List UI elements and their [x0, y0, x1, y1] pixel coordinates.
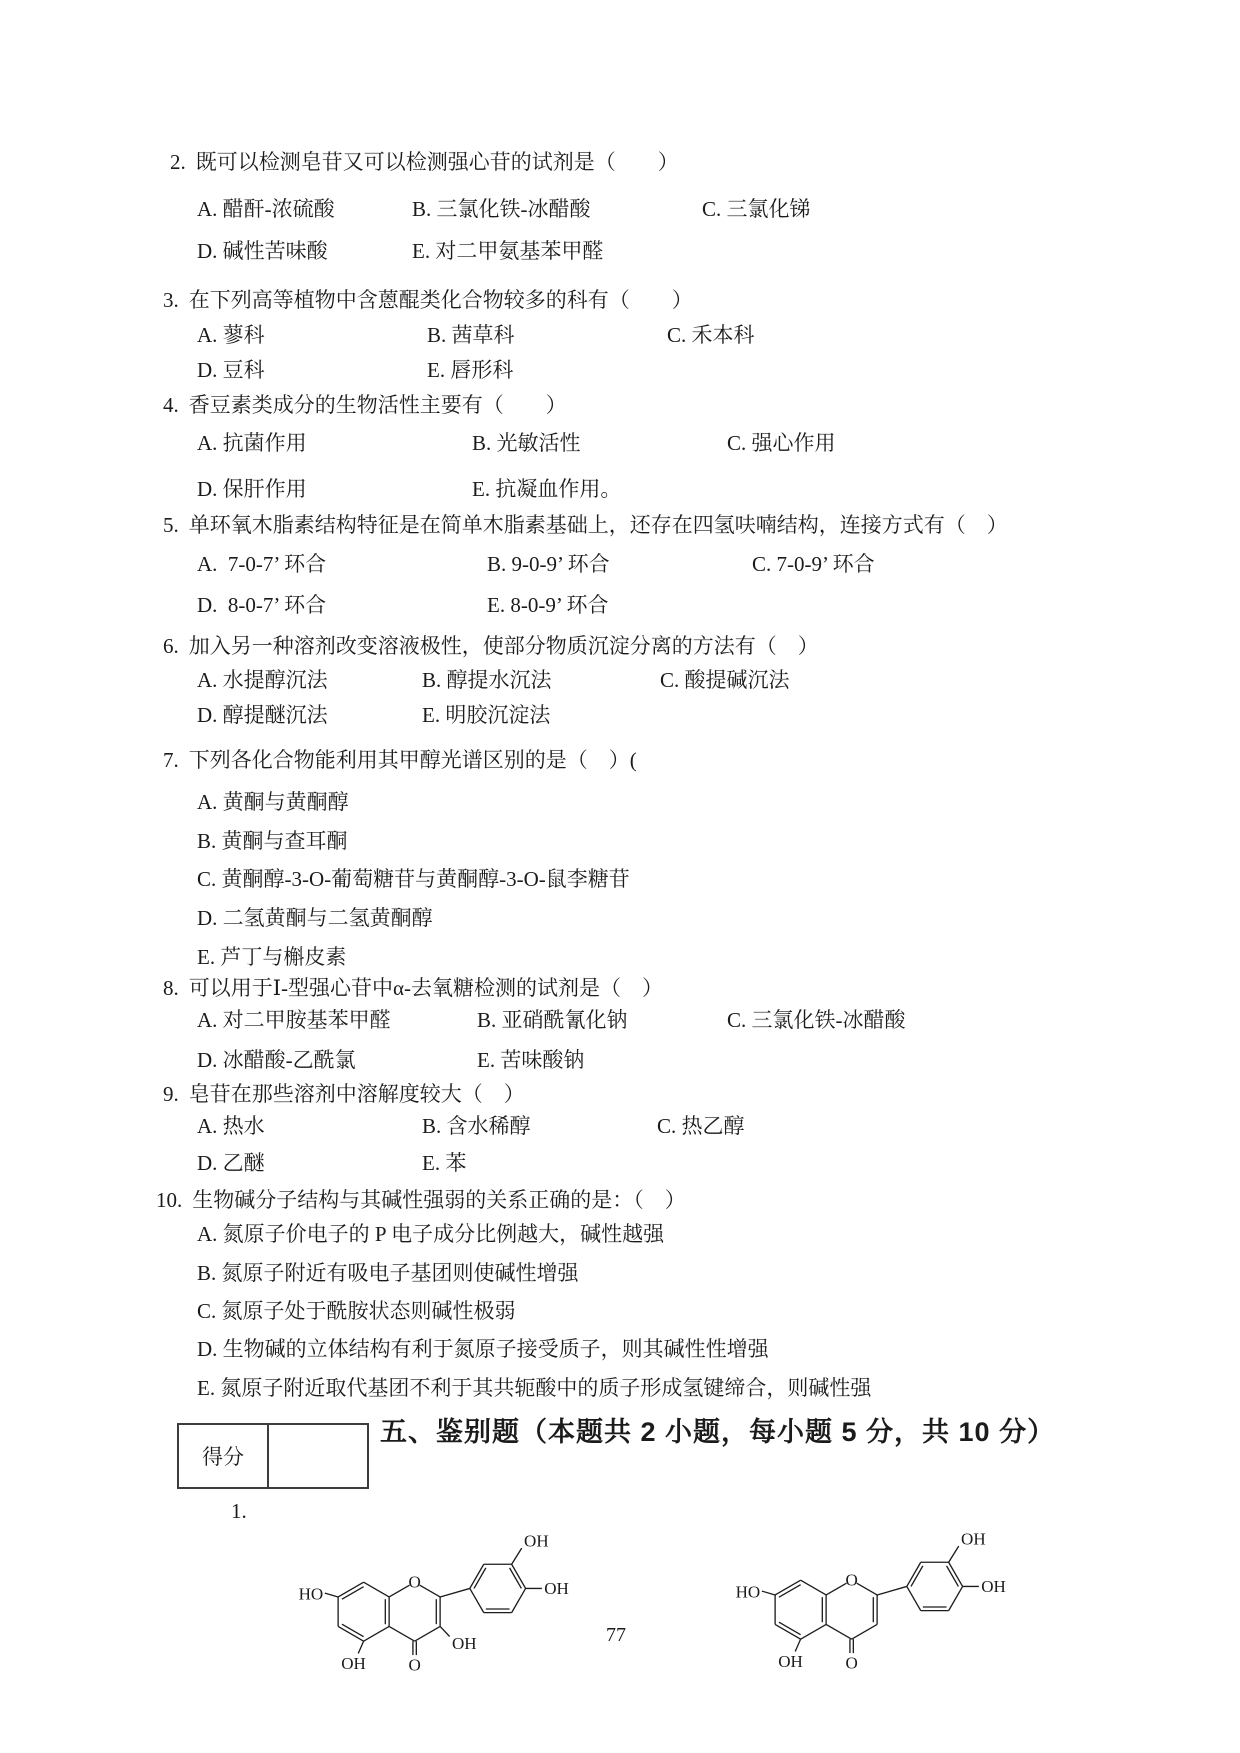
option-a: A. 醋酐-浓硫酸	[197, 196, 412, 223]
question-8-options-row-1: A. 对二甲胺基苯甲醛 B. 亚硝酰氰化钠 C. 三氯化铁-冰醋酸	[197, 1007, 906, 1034]
option-c: C. 酸提碱沉法	[660, 667, 790, 694]
option-d: D. 冰醋酸-乙酰氯	[197, 1047, 477, 1074]
page-number: 77	[606, 1624, 626, 1647]
question-4-options-row-1: A. 抗菌作用 B. 光敏活性 C. 强心作用	[197, 430, 836, 457]
question-2-options-row-2: D. 碱性苦味酸 E. 对二甲氨基苯甲醛	[197, 238, 702, 265]
atom-label-oh4-prime: OH	[981, 1577, 1006, 1596]
atom-label-ho7: HO	[736, 1582, 761, 1601]
question-stem-9: 9.皂苷在那些溶剂中溶解度较大（ ）	[163, 1081, 525, 1108]
option-d: D. 豆科	[197, 357, 427, 384]
option-c: C. 三氯化铁-冰醋酸	[727, 1007, 906, 1034]
option-b: B. 9-0-9’ 环合	[487, 551, 752, 578]
score-value-cell	[269, 1425, 367, 1487]
option-a: A. 对二甲胺基苯甲醛	[197, 1007, 477, 1034]
option-e: E. 苦味酸钠	[477, 1047, 727, 1074]
option-a: A. 7-0-7’ 环合	[197, 551, 487, 578]
option-b: B. 三氯化铁-冰醋酸	[412, 196, 702, 223]
option-a: A. 氮原子价电子的 P 电子成分比例越大，碱性越强	[197, 1221, 664, 1248]
question-stem-10: 10.生物碱分子结构与其碱性强弱的关系正确的是：（ ）	[156, 1187, 686, 1214]
question-stem-7: 7.下列各化合物能利用其甲醇光谱区别的是（ ）(	[163, 747, 637, 774]
question-number: 5.	[163, 512, 179, 539]
option-e: E. 苯	[422, 1150, 657, 1177]
question-stem: 下列各化合物能利用其甲醇光谱区别的是（ ）(	[189, 748, 637, 772]
option-b: B. 光敏活性	[472, 430, 727, 457]
atom-label-o4: O	[408, 1656, 420, 1675]
question-9-options-row-1: A. 热水 B. 含水稀醇 C. 热乙醇	[197, 1113, 745, 1140]
bond-lines	[325, 1548, 542, 1655]
question-stem: 单环氧木脂素结构特征是在简单木脂素基础上，还存在四氢呋喃结构，连接方式有（ ）	[189, 513, 1008, 537]
question-stem: 可以用于Ⅰ-型强心苷中α-去氧糖检测的试剂是（ ）	[189, 976, 663, 1000]
question-number: 2.	[170, 149, 186, 176]
option-c: C. 禾本科	[667, 322, 755, 349]
question-stem-8: 8.可以用于Ⅰ-型强心苷中α-去氧糖检测的试剂是（ ）	[163, 975, 663, 1002]
option-c: C. 黄酮醇-3-O-葡萄糖苷与黄酮醇-3-O-鼠李糖苷	[197, 866, 630, 893]
question-number: 3.	[163, 287, 179, 314]
option-e: E. 芦丁与槲皮素	[197, 944, 346, 971]
section-title: 五、鉴别题（本题共 2 小题，每小题 5 分，共 10 分）	[380, 1410, 1055, 1449]
item-number: 1.	[231, 1498, 247, 1525]
question-6-options-row-1: A. 水提醇沉法 B. 醇提水沉法 C. 酸提碱沉法	[197, 667, 790, 694]
chemical-structure-right: O O OH HO OH OH	[727, 1532, 1037, 1699]
question-3-options-row-1: A. 蓼科 B. 茜草科 C. 禾本科	[197, 322, 755, 349]
option-c: C. 热乙醇	[657, 1113, 745, 1140]
question-9-options-row-2: D. 乙醚 E. 苯	[197, 1150, 657, 1177]
question-number: 7.	[163, 747, 179, 774]
question-stem: 皂苷在那些溶剂中溶解度较大（ ）	[189, 1082, 525, 1106]
option-b: B. 氮原子附近有吸电子基团则使碱性增强	[197, 1260, 579, 1287]
question-stem-4: 4.香豆素类成分的生物活性主要有（ ）	[163, 392, 567, 419]
atom-label-o4: O	[845, 1654, 857, 1673]
option-a: A. 黄酮与黄酮醇	[197, 789, 349, 816]
option-c: C. 7-0-9’ 环合	[752, 551, 875, 578]
atom-label-oh3: OH	[452, 1634, 477, 1653]
option-e: E. 氮原子附近取代基团不利于其共轭酸中的质子形成氢键缔合，则碱性强	[197, 1375, 871, 1402]
option-d: D. 二氢黄酮与二氢黄酮醇	[197, 905, 433, 932]
score-label: 得分	[179, 1425, 269, 1487]
question-5-options-row-1: A. 7-0-7’ 环合 B. 9-0-9’ 环合 C. 7-0-9’ 环合	[197, 551, 875, 578]
atom-label-ho7: HO	[299, 1584, 324, 1603]
question-number: 10.	[156, 1187, 182, 1214]
option-e: E. 抗凝血作用。	[472, 476, 727, 503]
question-stem-3: 3.在下列高等植物中含蒽醌类化合物较多的科有（ ）	[163, 287, 693, 314]
exam-page: 2.既可以检测皂苷又可以检测强心苷的试剂是（ ） A. 醋酐-浓硫酸 B. 三氯…	[0, 0, 1240, 1753]
option-a: A. 蓼科	[197, 322, 427, 349]
question-stem-5: 5.单环氧木脂素结构特征是在简单木脂素基础上，还存在四氢呋喃结构，连接方式有（ …	[163, 512, 1008, 539]
option-d: D. 醇提醚沉法	[197, 702, 422, 729]
question-number: 8.	[163, 975, 179, 1002]
question-2-options-row-1: A. 醋酐-浓硫酸 B. 三氯化铁-冰醋酸 C. 三氯化锑	[197, 196, 811, 223]
option-e: E. 对二甲氨基苯甲醛	[412, 238, 702, 265]
option-a: A. 水提醇沉法	[197, 667, 422, 694]
option-b: B. 含水稀醇	[422, 1113, 657, 1140]
question-stem: 既可以检测皂苷又可以检测强心苷的试剂是（ ）	[196, 150, 679, 174]
atom-label-oh3-prime: OH	[961, 1532, 986, 1549]
score-box: 得分	[177, 1423, 369, 1489]
option-c: C. 三氯化锑	[702, 196, 811, 223]
question-number: 4.	[163, 392, 179, 419]
option-d: D. 保肝作用	[197, 476, 472, 503]
option-c: C. 强心作用	[727, 430, 836, 457]
bond-lines	[762, 1546, 979, 1653]
option-d: D. 生物碱的立体结构有利于氮原子接受质子，则其碱性性增强	[197, 1336, 769, 1363]
question-stem-2: 2.既可以检测皂苷又可以检测强心苷的试剂是（ ）	[170, 149, 679, 176]
option-d: D. 乙醚	[197, 1150, 422, 1177]
question-stem: 香豆素类成分的生物活性主要有（ ）	[189, 393, 567, 417]
question-number: 6.	[163, 633, 179, 660]
atom-label-oh3-prime: OH	[524, 1534, 549, 1551]
option-d: D. 8-0-7’ 环合	[197, 592, 487, 619]
option-a: A. 抗菌作用	[197, 430, 472, 457]
question-3-options-row-2: D. 豆科 E. 唇形科	[197, 357, 667, 384]
option-e: E. 明胶沉淀法	[422, 702, 660, 729]
option-b: B. 茜草科	[427, 322, 667, 349]
question-stem: 在下列高等植物中含蒽醌类化合物较多的科有（ ）	[189, 288, 693, 312]
atom-label-o1: O	[408, 1573, 420, 1592]
question-stem: 生物碱分子结构与其碱性强弱的关系正确的是：（ ）	[192, 1188, 686, 1212]
atom-label-oh5: OH	[778, 1652, 803, 1671]
option-b: B. 亚硝酰氰化钠	[477, 1007, 727, 1034]
option-e: E. 唇形科	[427, 357, 667, 384]
question-number: 9.	[163, 1081, 179, 1108]
atom-label-oh4-prime: OH	[544, 1579, 569, 1598]
question-stem: 加入另一种溶剂改变溶液极性，使部分物质沉淀分离的方法有（ ）	[189, 634, 819, 658]
chemical-structure-left: O O OH HO OH OH OH	[290, 1534, 600, 1701]
atom-label-oh5: OH	[341, 1654, 366, 1673]
option-b: B. 醇提水沉法	[422, 667, 660, 694]
atom-label-o1: O	[845, 1571, 857, 1590]
question-8-options-row-2: D. 冰醋酸-乙酰氯 E. 苦味酸钠	[197, 1047, 727, 1074]
option-b: B. 黄酮与查耳酮	[197, 828, 348, 855]
option-c: C. 氮原子处于酰胺状态则碱性极弱	[197, 1298, 516, 1325]
question-6-options-row-2: D. 醇提醚沉法 E. 明胶沉淀法	[197, 702, 660, 729]
question-4-options-row-2: D. 保肝作用 E. 抗凝血作用。	[197, 476, 727, 503]
option-a: A. 热水	[197, 1113, 422, 1140]
option-e: E. 8-0-9’ 环合	[487, 592, 752, 619]
question-stem-6: 6.加入另一种溶剂改变溶液极性，使部分物质沉淀分离的方法有（ ）	[163, 633, 819, 660]
option-d: D. 碱性苦味酸	[197, 238, 412, 265]
question-5-options-row-2: D. 8-0-7’ 环合 E. 8-0-9’ 环合	[197, 592, 752, 619]
